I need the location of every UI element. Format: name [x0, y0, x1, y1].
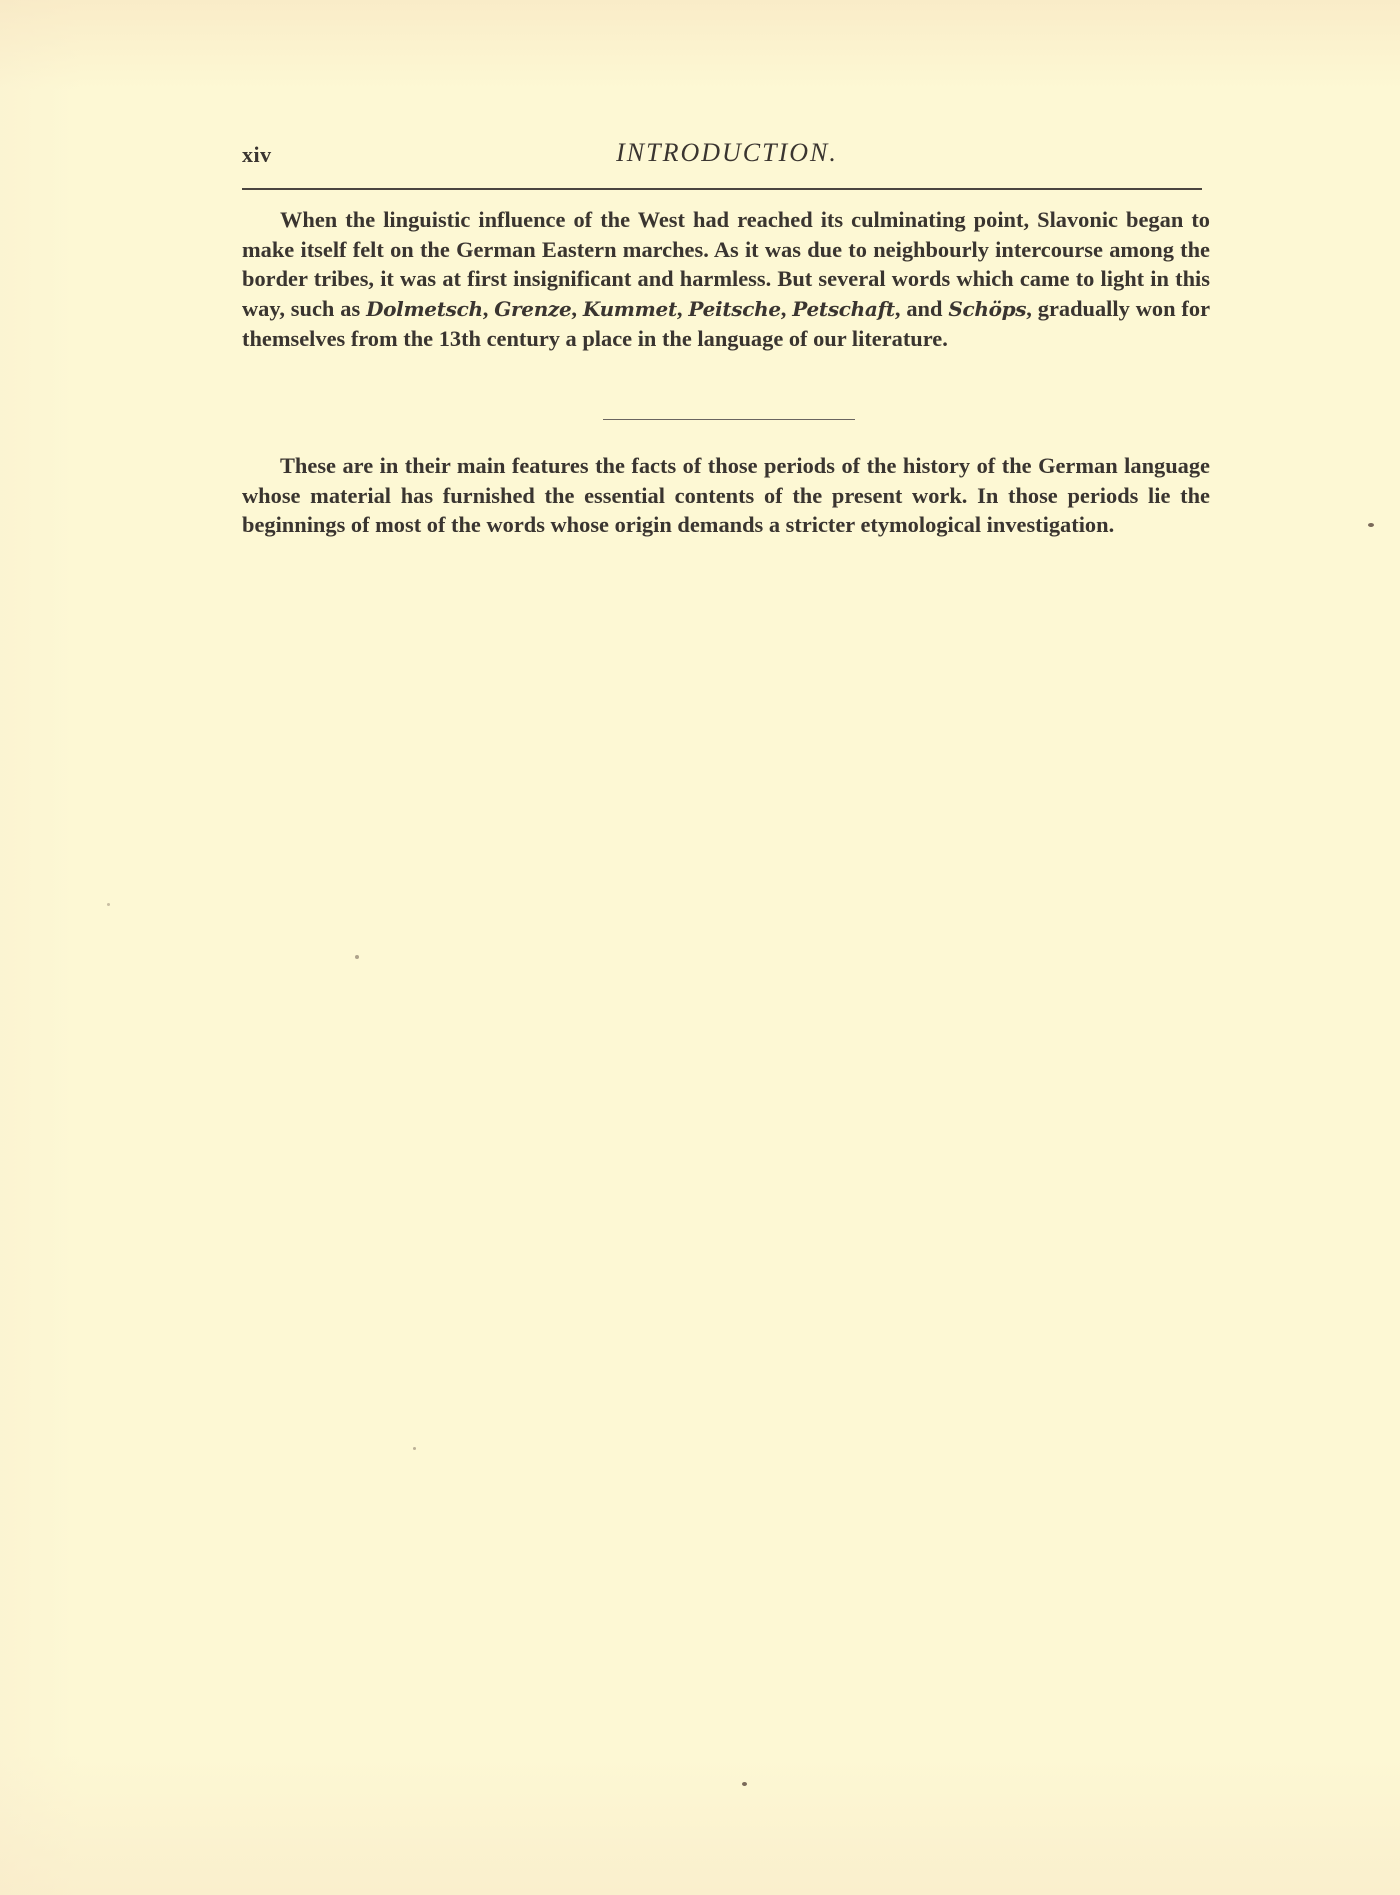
german-word: Kummet: [583, 297, 677, 321]
paragraph-2-text: These are in their main features the fac…: [242, 451, 1210, 540]
scan-speck: [742, 1782, 747, 1786]
german-word: Dolmetsch: [366, 297, 483, 321]
german-word: Schöps: [948, 297, 1026, 321]
german-word: Peitsche: [688, 297, 780, 321]
running-title: INTRODUCTION.: [242, 138, 1202, 168]
paragraph-slavonic-influence: When the linguistic influence of the Wes…: [242, 205, 1210, 354]
scan-speck: [107, 903, 110, 906]
german-word: Petschaft: [792, 297, 895, 321]
header-rule: [242, 188, 1202, 190]
section-divider: [603, 419, 855, 420]
page-header: xiv INTRODUCTION.: [242, 138, 1202, 174]
scan-speck: [413, 1447, 416, 1450]
german-word: Grenze: [494, 297, 571, 321]
scan-speck: [1368, 523, 1374, 527]
book-page: xiv INTRODUCTION. When the linguistic in…: [0, 0, 1400, 1895]
paragraph-1-text: When the linguistic influence of the Wes…: [242, 205, 1210, 354]
paragraph-summary: These are in their main features the fac…: [242, 451, 1210, 540]
scan-speck: [355, 955, 359, 959]
